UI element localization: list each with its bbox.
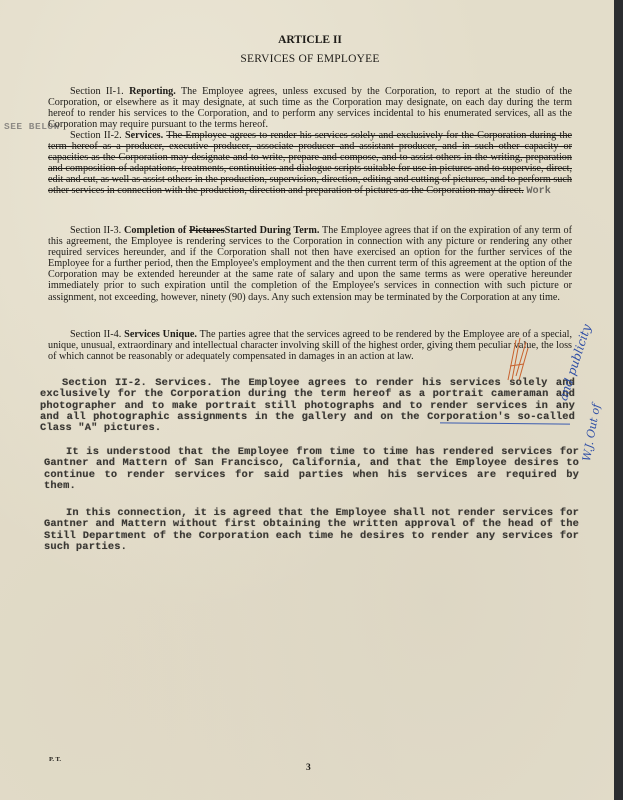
section-heading-cont: Started During Term. — [225, 225, 320, 236]
section-number: Section II-2. — [70, 130, 122, 141]
struck-heading-word: Pictures — [189, 225, 224, 236]
typed-text: It is understood that the Employee from … — [44, 446, 579, 492]
orange-pencil-mark — [506, 336, 532, 382]
section-heading: Reporting. — [129, 86, 176, 97]
section-number: Section II-4. — [70, 329, 121, 340]
typed-text: Section II-2. Services. The Employee agr… — [40, 377, 575, 434]
page-number: 3 — [306, 763, 311, 773]
section-number: Section II-3. — [70, 225, 121, 236]
section-text: The Employee agrees that if on the expir… — [48, 225, 572, 303]
typed-paragraph-gantner: It is understood that the Employee from … — [44, 447, 579, 492]
section-ii-3: Section II-3. Completion of PicturesStar… — [48, 225, 572, 303]
section-ii-2-struck: Section II-2. Services. The Employee agr… — [48, 130, 572, 198]
footer-mark: P. T. — [49, 756, 61, 763]
article-subtitle: SERVICES OF EMPLOYEE — [48, 53, 572, 65]
section-heading: Completion of — [124, 225, 186, 236]
section-number: Section II-1. — [70, 86, 124, 97]
section-heading: Services Unique. — [124, 329, 197, 340]
section-ii-1: Section II-1. Reporting. The Employee ag… — [48, 86, 572, 130]
section-heading: Services. — [125, 130, 163, 141]
typed-paragraph-approval: In this connection, it is agreed that th… — [44, 508, 579, 553]
section-ii-4: Section II-4. Services Unique. The parti… — [48, 329, 572, 362]
article-title: ARTICLE II — [48, 34, 572, 46]
section-text: The Employee agrees, unless excused by t… — [48, 86, 572, 130]
overtyped-word: Work — [526, 186, 550, 197]
typed-section-ii-2: Section II-2. Services. The Employee agr… — [40, 378, 575, 434]
scan-edge — [614, 0, 623, 800]
typed-text: In this connection, it is agreed that th… — [44, 507, 579, 553]
handwritten-note-initials: W.J. Out of — [580, 403, 603, 463]
